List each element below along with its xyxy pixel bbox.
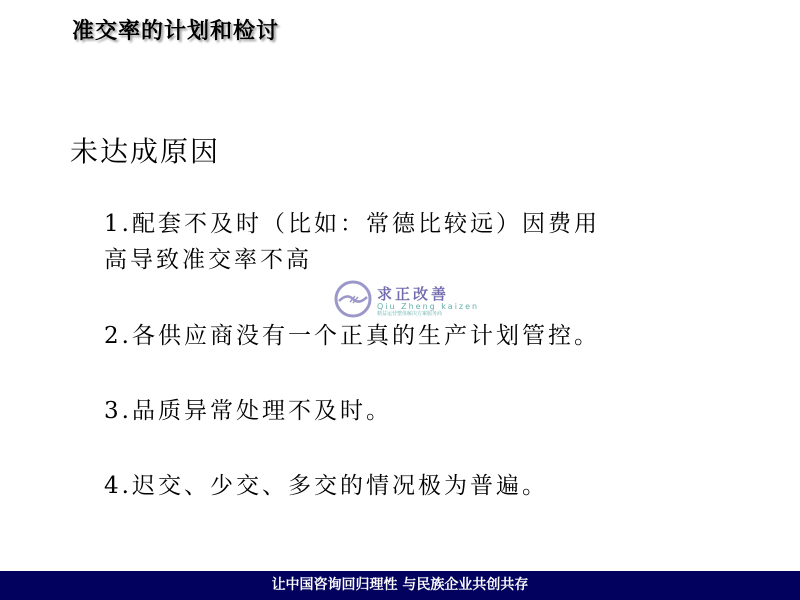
- reason-item-3-text: 3.品质异常处理不及时。: [104, 393, 392, 429]
- watermark-name-en: Qiu Zheng kaizen: [377, 302, 479, 311]
- section-heading: 未达成原因: [70, 130, 220, 170]
- watermark-name-cn: 求正改善: [377, 286, 479, 302]
- watermark-logo: 求正改善 Qiu Zheng kaizen 精益运营整体解决方案服务商: [333, 279, 479, 323]
- footer-banner: 让中国咨询回归理性 与民族企业共创共存: [0, 571, 800, 600]
- reason-item-2-text: 2.各供应商没有一个正真的生产计划管控。: [104, 318, 600, 354]
- reason-item-2: 2.各供应商没有一个正真的生产计划管控。: [104, 318, 600, 354]
- reason-item-4-text: 4.迟交、少交、多交的情况极为普遍。: [104, 468, 548, 504]
- slide-title: 准交率的计划和检讨: [72, 14, 279, 45]
- reason-item-1: 1.配套不及时（比如：常德比较远）因费用 高导致准交率不高: [104, 206, 600, 278]
- reason-item-4: 4.迟交、少交、多交的情况极为普遍。: [104, 468, 548, 504]
- reason-item-1-line2: 高导致准交率不高: [104, 242, 600, 278]
- reason-item-1-line1: 1.配套不及时（比如：常德比较远）因费用: [104, 206, 600, 242]
- handshake-circle-icon: [333, 279, 373, 323]
- reason-item-3: 3.品质异常处理不及时。: [104, 393, 392, 429]
- watermark-tagline: 精益运营整体解决方案服务商: [377, 311, 479, 317]
